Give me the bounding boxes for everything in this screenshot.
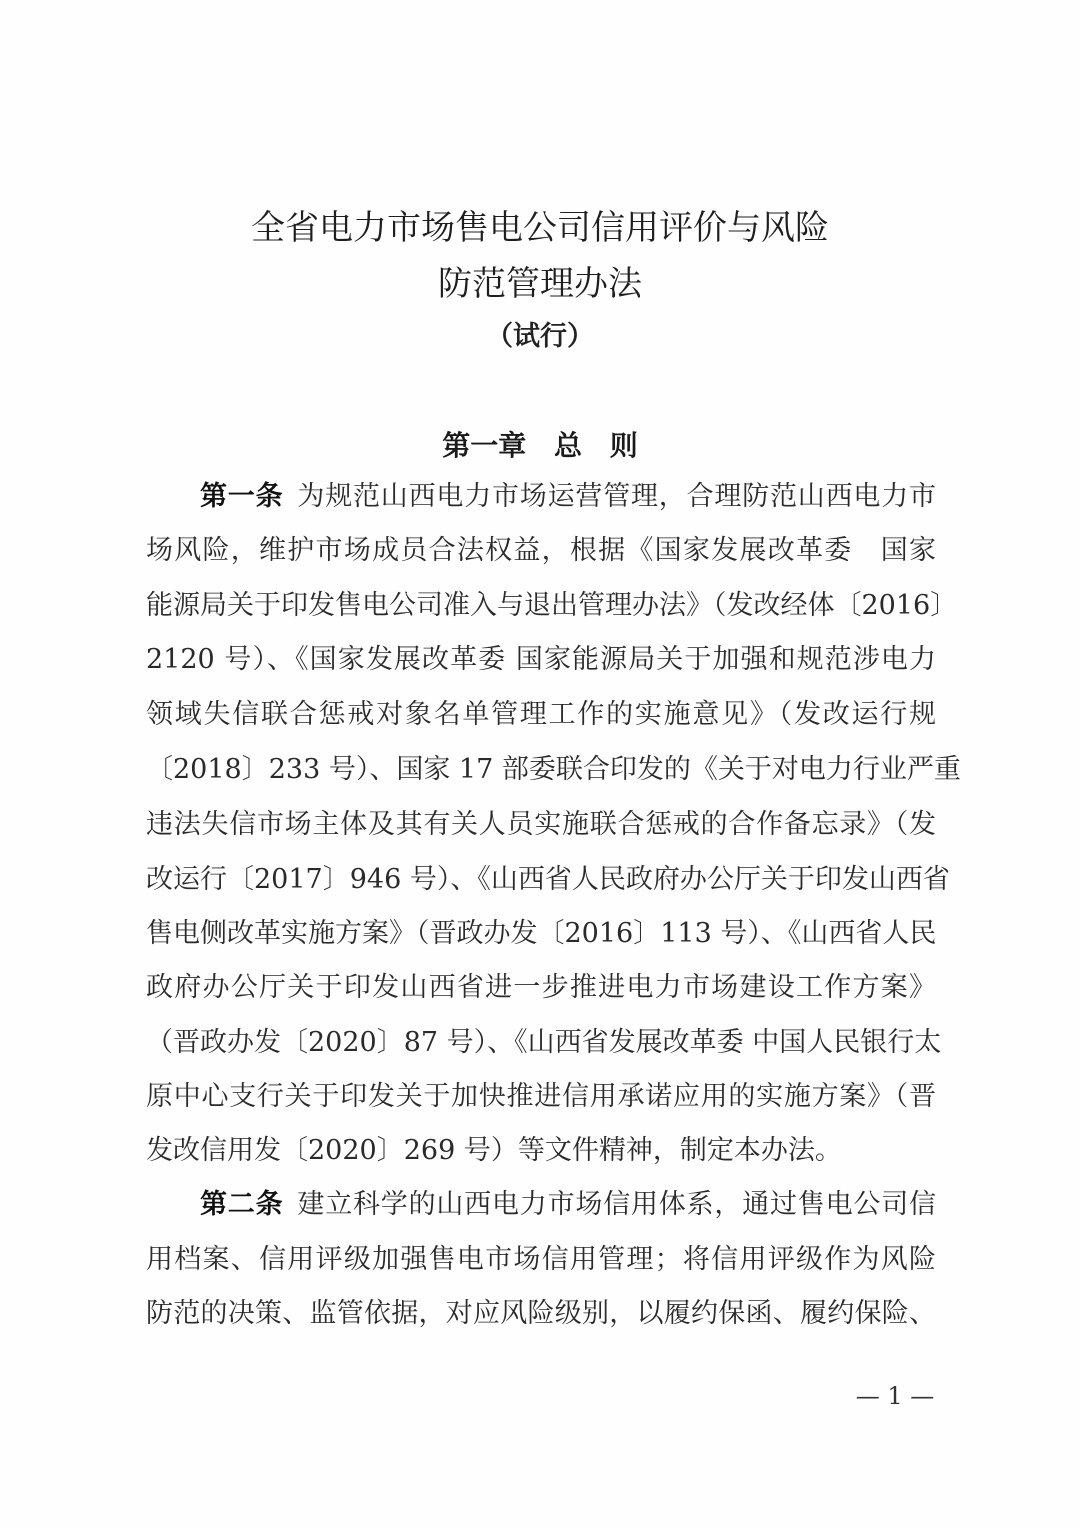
article-1-line-7: 违法失信市场主体及其有关人员实施联合惩戒的合作备忘录》（发 — [146, 805, 936, 845]
article-1-line-4: 2120 号）、《国家发展改革委 国家能源局关于加强和规范涉电力 — [146, 640, 936, 680]
document-page: 全省电力市场售电公司信用评价与风险 防范管理办法 （试行） 第一章 总 则 第一… — [0, 0, 1080, 1528]
article-1-label: 第一条 — [200, 481, 283, 512]
article-1-line-5: 领域失信联合惩戒对象名单管理工作的实施意见》（发改运行规 — [146, 695, 936, 735]
article-1-text: 为规范山西电力市场运营管理，合理防范山西电力市 — [297, 481, 936, 512]
article-2-line-3: 防范的决策、监管依据，对应风险级别，以履约保函、履约保险、 — [146, 1294, 936, 1334]
article-2-line-1: 第二条建立科学的山西电力市场信用体系，通过售电公司信 — [200, 1185, 936, 1225]
article-1-line-12: 原中心支行关于印发关于加快推进信用承诺应用的实施方案》（晋 — [146, 1077, 936, 1117]
article-1-line-3: 能源局关于印发售电公司准入与退出管理办法》（发改经体〔2016〕 — [146, 586, 936, 626]
article-1-line-1: 第一条为规范山西电力市场运营管理，合理防范山西电力市 — [200, 477, 936, 517]
article-1-line-2: 场风险，维护市场成员合法权益，根据《国家发展改革委 国家 — [146, 531, 936, 571]
article-1-line-6: 〔2018〕233 号）、国家 17 部委联合印发的《关于对电力行业严重 — [146, 750, 936, 790]
article-2-line-2: 用档案、信用评级加强售电市场信用管理；将信用评级作为风险 — [146, 1240, 936, 1280]
chapter-heading: 第一章 总 则 — [0, 424, 1080, 464]
document-title-line-2: 防范管理办法 — [0, 256, 1080, 305]
article-2-text: 建立科学的山西电力市场信用体系，通过售电公司信 — [297, 1189, 936, 1220]
article-1-line-13: 发改信用发〔2020〕269 号）等文件精神，制定本办法。 — [146, 1131, 936, 1171]
document-title-line-1: 全省电力市场售电公司信用评价与风险 — [0, 200, 1080, 249]
article-1-line-8: 改运行〔2017〕946 号）、《山西省人民政府办公厅关于印发山西省 — [146, 860, 936, 900]
document-subtitle: （试行） — [0, 314, 1080, 353]
article-1-line-11: （晋政办发〔2020〕87 号）、《山西省发展改革委 中国人民银行太 — [146, 1023, 936, 1063]
page-number: — 1 — — [845, 1382, 945, 1410]
article-2-label: 第二条 — [200, 1189, 283, 1220]
article-1-line-10: 政府办公厅关于印发山西省进一步推进电力市场建设工作方案》 — [146, 968, 936, 1008]
article-1-line-9: 售电侧改革实施方案》（晋政办发〔2016〕113 号）、《山西省人民 — [146, 914, 936, 954]
